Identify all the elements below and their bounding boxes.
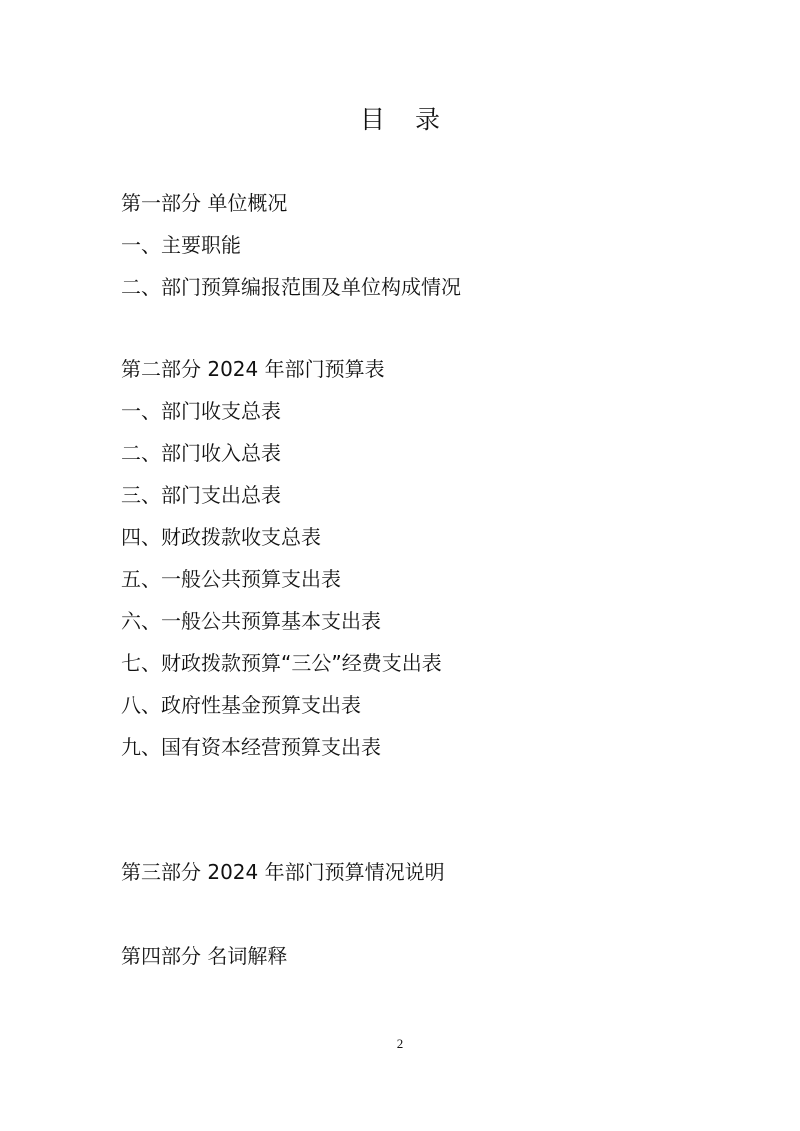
toc-item[interactable]: 四、财政拨款收支总表 <box>121 524 321 550</box>
page-number: 2 <box>0 1036 800 1052</box>
toc-part-3[interactable]: 第三部分 2024 年部门预算情况说明 <box>121 859 445 885</box>
toc-item[interactable]: 七、财政拨款预算“三公”经费支出表 <box>121 650 442 676</box>
toc-item[interactable]: 二、部门收入总表 <box>121 440 281 466</box>
toc-item[interactable]: 八、政府性基金预算支出表 <box>121 692 361 718</box>
toc-item[interactable]: 九、国有资本经营预算支出表 <box>121 734 381 760</box>
toc-title-char-2: 录 <box>415 100 440 136</box>
toc-item[interactable]: 三、部门支出总表 <box>121 482 281 508</box>
toc-part-1[interactable]: 第一部分 单位概况 <box>121 190 287 216</box>
toc-item[interactable]: 二、部门预算编报范围及单位构成情况 <box>121 274 461 300</box>
toc-item[interactable]: 一、部门收支总表 <box>121 398 281 424</box>
toc-title: 目录 <box>0 100 800 136</box>
toc-item[interactable]: 六、一般公共预算基本支出表 <box>121 608 381 634</box>
toc-item[interactable]: 五、一般公共预算支出表 <box>121 566 341 592</box>
toc-title-char-1: 目 <box>360 100 385 136</box>
toc-item[interactable]: 一、主要职能 <box>121 232 241 258</box>
toc-part-4[interactable]: 第四部分 名词解释 <box>121 943 287 969</box>
toc-part-2[interactable]: 第二部分 2024 年部门预算表 <box>121 356 385 382</box>
